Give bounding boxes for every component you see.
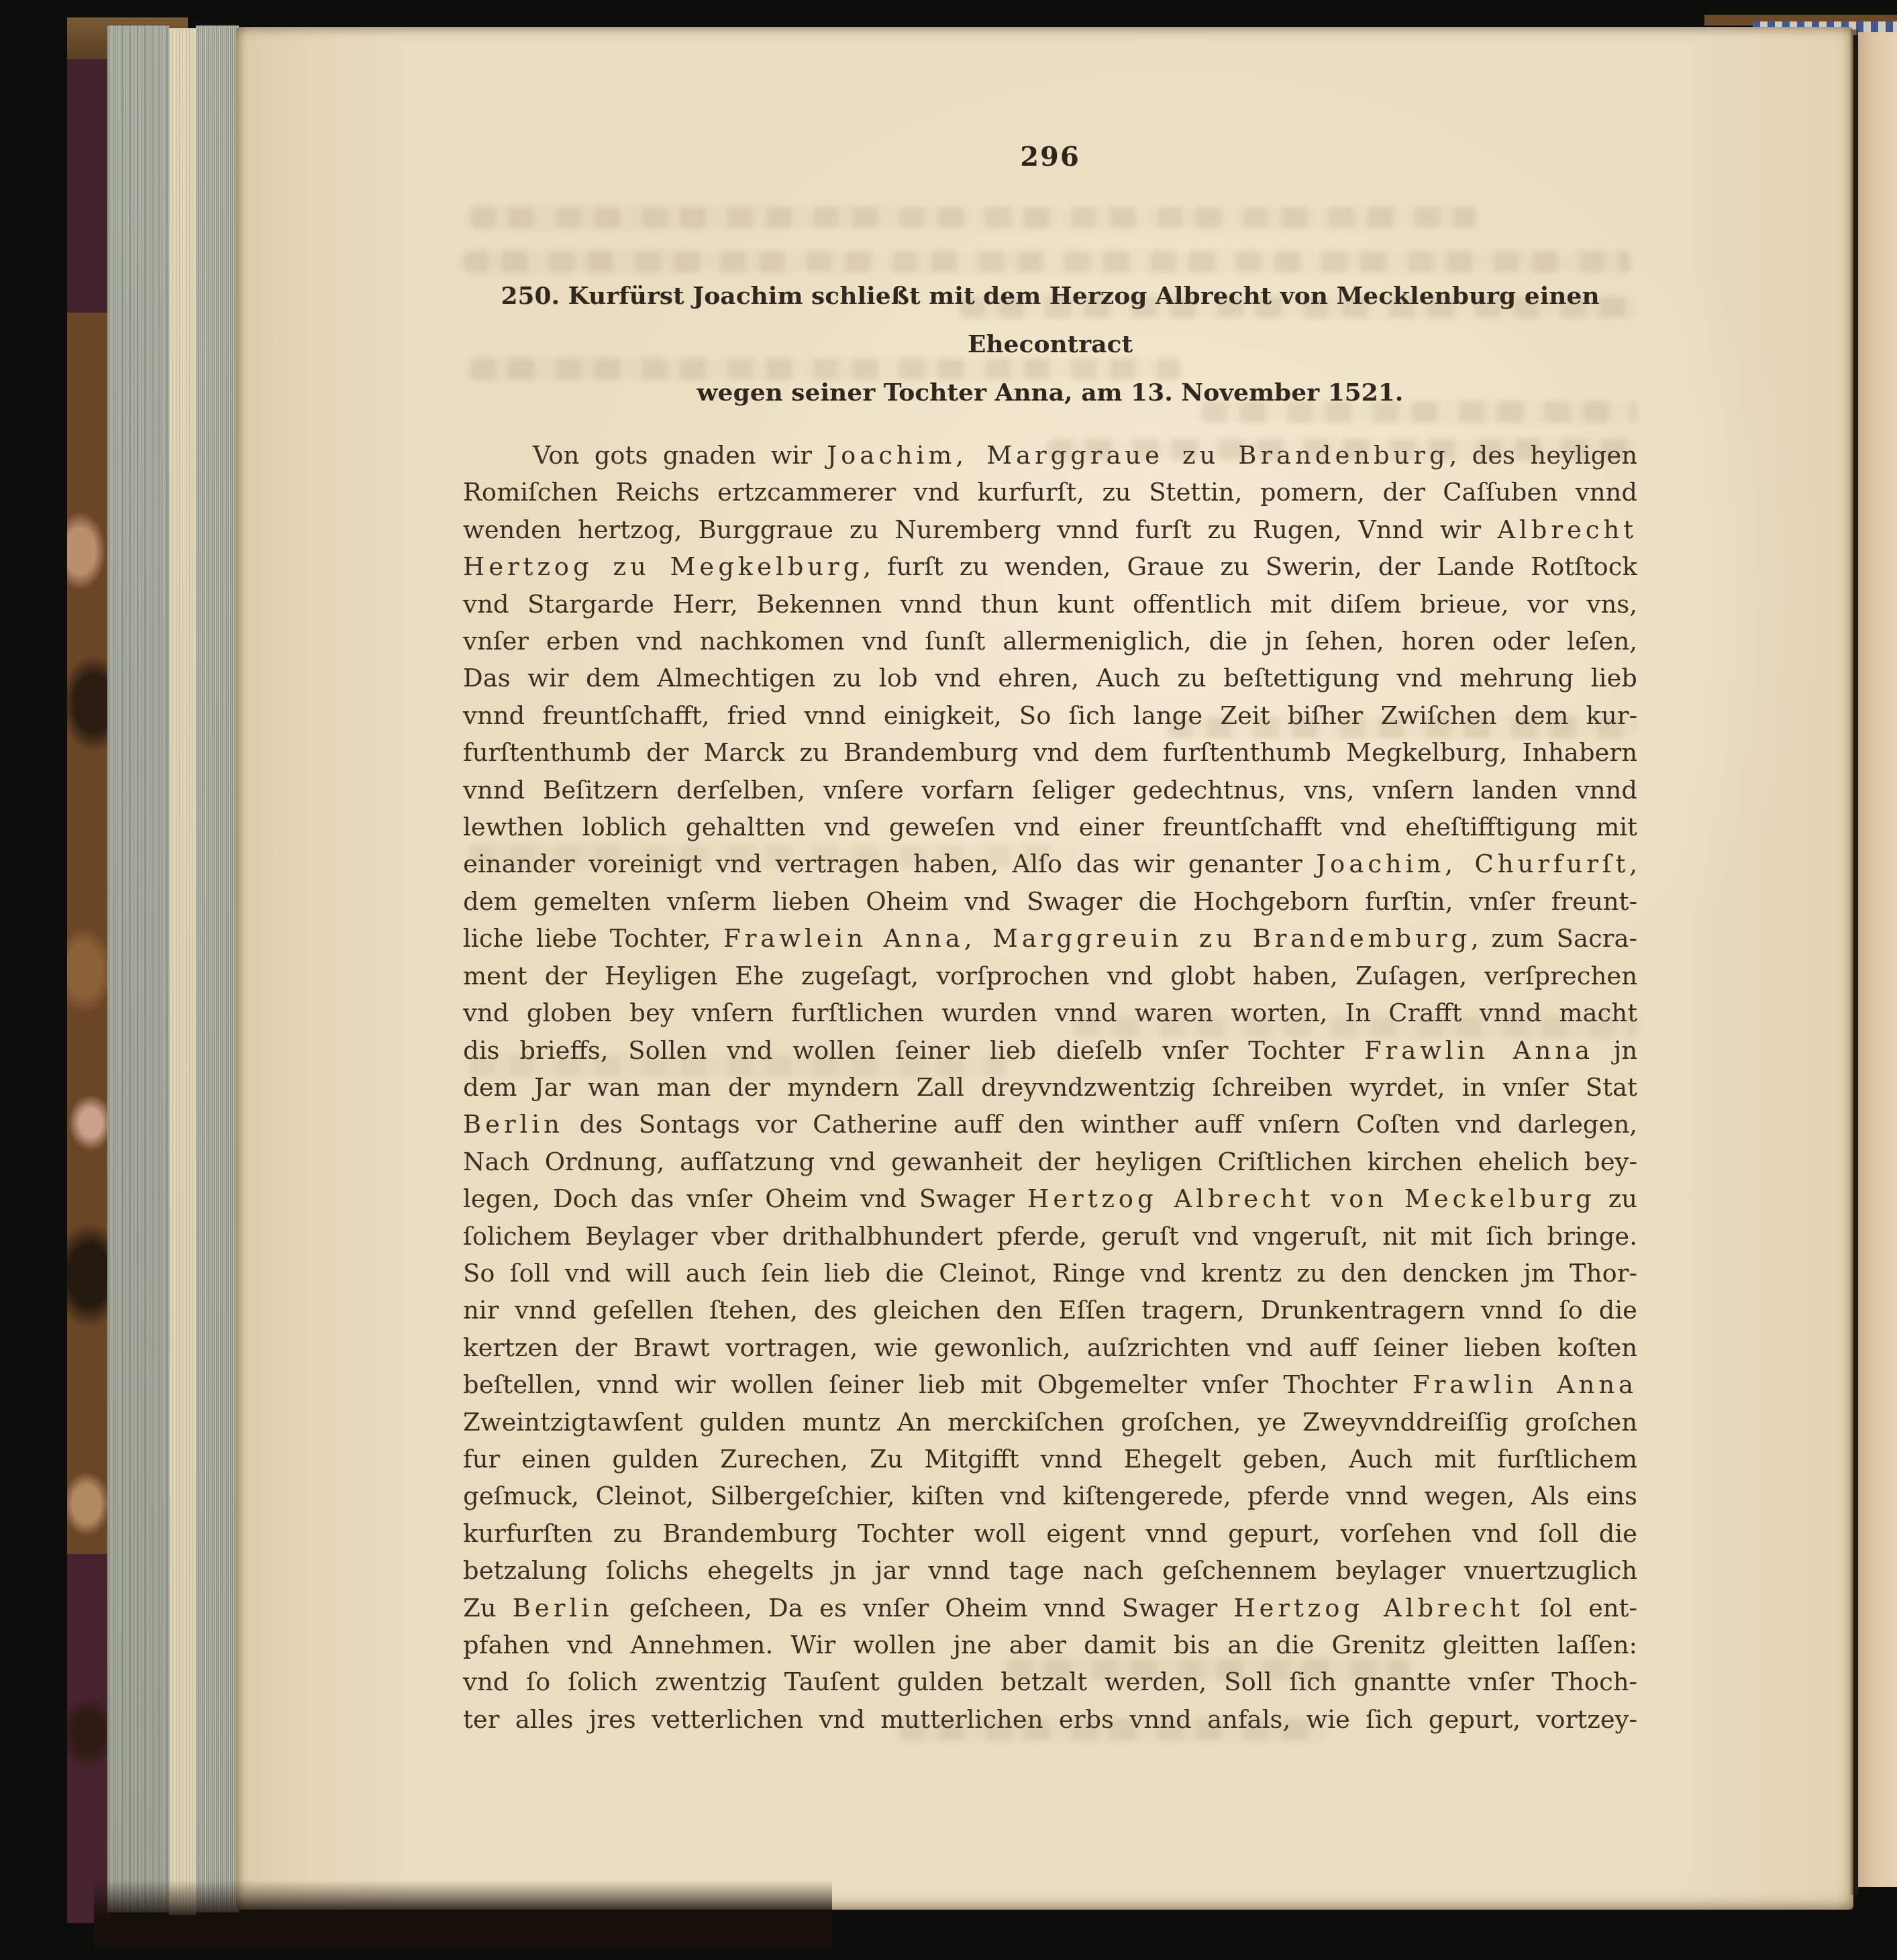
body-line: wenden hertzog, Burggraue zu Nuremberg v…: [463, 511, 1637, 548]
bottom-shadow: [94, 1880, 832, 1947]
emphasized-name: Hertzog Albrecht: [1233, 1594, 1523, 1622]
body-line: beſtellen, vnnd wir wollen ſeiner lieb m…: [463, 1366, 1637, 1403]
emphasized-name: Joachim, Marggraue zu Brandenburg: [827, 441, 1449, 470]
body-line: So ſoll vnd will auch ſein lieb die Clei…: [463, 1255, 1637, 1292]
body-segment: dis brieffs, Sollen vnd wollen ſeiner li…: [463, 1036, 1364, 1065]
body-segment: vnſer erben vnd nachkomen vnd ſunſt alle…: [463, 627, 1637, 656]
body-segment: Nach Ordnung, aufſatzung vnd gewanheit d…: [463, 1147, 1637, 1176]
body-line: nir vnnd geſellen ſtehen, des gleichen d…: [463, 1292, 1637, 1329]
body-segment: So ſoll vnd will auch ſein lieb die Clei…: [463, 1259, 1637, 1288]
body-line: einander voreinigt vnd vertragen haben, …: [463, 845, 1637, 882]
body-line: vnd Stargarde Herr, Bekennen vnnd thun k…: [463, 586, 1637, 623]
body-segment: ter alles jres vetterlichen vnd mutterli…: [463, 1705, 1637, 1734]
body-segment: Das wir dem Almechtigen zu lob vnd ehren…: [463, 664, 1637, 692]
body-segment: dem gemelten vnſerm lieben Oheim vnd Swa…: [463, 887, 1637, 916]
emphasized-name: Frawlin Anna: [1364, 1036, 1594, 1065]
body-segment: , des heyligen: [1449, 441, 1637, 470]
page-edges-fan: [107, 25, 239, 1912]
body-segment: liche liebe Tochter,: [463, 924, 723, 953]
body-line: furſtenthumb der Marck zu Brandemburg vn…: [463, 734, 1637, 771]
body-line: kurfurſten zu Brandemburg Tochter woll e…: [463, 1515, 1637, 1552]
body-line: Hertzog zu Megkelburg, furſt zu wenden, …: [463, 548, 1637, 585]
page-number: 296: [463, 27, 1637, 172]
book-photo: 296 250. Kurfürst Joachim schließt mit d…: [0, 0, 1897, 1960]
body-segment: vnnd freuntſchafft, fried vnnd einigkeit…: [463, 701, 1637, 730]
emphasized-name: Joachim, Churfurſt: [1316, 849, 1629, 878]
body-line: Zweintzigtawſent gulden muntz An merckiſ…: [463, 1404, 1637, 1441]
page-edges-band: [169, 28, 196, 1915]
body-segment: beſtellen, vnnd wir wollen ſeiner lieb m…: [463, 1370, 1413, 1399]
page-edges-band: [107, 25, 169, 1912]
body-line: vnd globen bey vnſern furſtlichen wurden…: [463, 994, 1637, 1031]
body-line: Von gots gnaden wir Joachim, Marggraue z…: [463, 437, 1637, 474]
emphasized-name: Hertzog Albrecht von Meckelburg: [1027, 1184, 1596, 1213]
body-segment: jn: [1594, 1036, 1637, 1065]
body-segment: Zweintzigtawſent gulden muntz An merckiſ…: [463, 1408, 1637, 1437]
body-segment: fur einen gulden Zurechen, Zu Mitgifft v…: [463, 1445, 1637, 1474]
body-segment: wenden hertzog, Burggraue zu Nuremberg v…: [463, 515, 1497, 544]
body-segment: des Sontags vor Catherine auff den winth…: [564, 1110, 1637, 1139]
book-page: 296 250. Kurfürst Joachim schließt mit d…: [236, 27, 1853, 1910]
heading-line-1: 250. Kurfürst Joachim schließt mit dem H…: [463, 272, 1637, 368]
body-segment: legen, Doch das vnſer Oheim vnd Swager: [463, 1184, 1027, 1213]
body-segment: nir vnnd geſellen ſtehen, des gleichen d…: [463, 1296, 1637, 1325]
emphasized-name: Berlin: [463, 1110, 564, 1139]
body-line: geſmuck, Cleinot, Silbergeſchier, kiſten…: [463, 1478, 1637, 1514]
body-line: dis brieffs, Sollen vnd wollen ſeiner li…: [463, 1032, 1637, 1069]
body-segment: dem Jar wan man der myndern Zall dreyvnd…: [463, 1073, 1637, 1102]
page-edges-band: [196, 25, 239, 1912]
body-line: lewthen loblich gehaltten vnd geweſen vn…: [463, 809, 1637, 845]
body-segment: ſol ent-: [1524, 1594, 1637, 1622]
body-line: ment der Heyligen Ehe zugeſagt, vorſproc…: [463, 958, 1637, 994]
body-segment: ſolichem Beylager vber drithalbhundert p…: [463, 1222, 1637, 1251]
body-text: Von gots gnaden wir Joachim, Marggraue z…: [463, 437, 1637, 1738]
body-segment: , zum Sacra-: [1471, 924, 1637, 953]
body-segment: vnnd Beſitzern derſelben, vnſere vorfarn…: [463, 776, 1637, 805]
body-segment: ,: [1629, 849, 1637, 878]
body-line: Berlin des Sontags vor Catherine auff de…: [463, 1106, 1637, 1143]
body-segment: Von gots gnaden wir: [533, 441, 827, 470]
body-line: vnſer erben vnd nachkomen vnd ſunſt alle…: [463, 623, 1637, 660]
document-heading: 250. Kurfürst Joachim schließt mit dem H…: [463, 272, 1637, 417]
body-segment: , furſt zu wenden, Graue zu Swerin, der …: [863, 552, 1637, 581]
emphasized-name: Frawlein Anna, Marggreuin zu Brandemburg: [723, 924, 1471, 953]
body-segment: betzalung ſolichs ehegelts jn jar vnnd t…: [463, 1556, 1637, 1585]
body-segment: ment der Heyligen Ehe zugeſagt, vorſproc…: [463, 962, 1637, 990]
body-segment: kertzen der Brawt vortragen, wie gewonli…: [463, 1333, 1637, 1362]
body-line: pfahen vnd Annehmen. Wir wollen jne aber…: [463, 1627, 1637, 1663]
body-line: legen, Doch das vnſer Oheim vnd Swager H…: [463, 1180, 1637, 1217]
body-line: Zu Berlin geſcheen, Da es vnſer Oheim vn…: [463, 1590, 1637, 1627]
facing-page-edge: [1858, 32, 1897, 1887]
emphasized-name: Berlin: [513, 1594, 613, 1622]
body-segment: geſcheen, Da es vnſer Oheim vnnd Swager: [613, 1594, 1234, 1622]
book-cover-marbled-edge: [67, 17, 110, 1923]
body-segment: furſtenthumb der Marck zu Brandemburg vn…: [463, 738, 1637, 767]
heading-line-2: wegen seiner Tochter Anna, am 13. Novemb…: [463, 368, 1637, 417]
emphasized-name: Frawlin Anna: [1413, 1370, 1637, 1399]
body-line: ſolichem Beylager vber drithalbhundert p…: [463, 1218, 1637, 1255]
body-line: dem Jar wan man der myndern Zall dreyvnd…: [463, 1069, 1637, 1106]
body-segment: kurfurſten zu Brandemburg Tochter woll e…: [463, 1519, 1637, 1548]
text-area: 296 250. Kurfürst Joachim schließt mit d…: [463, 27, 1637, 1738]
body-line: liche liebe Tochter, Frawlein Anna, Marg…: [463, 920, 1637, 957]
body-segment: vnd ſo ſolich zwentzig Tauſent gulden be…: [463, 1667, 1637, 1696]
emphasized-name: Hertzog zu Megkelburg: [463, 552, 863, 581]
body-segment: lewthen loblich gehaltten vnd geweſen vn…: [463, 813, 1637, 841]
body-line: Nach Ordnung, aufſatzung vnd gewanheit d…: [463, 1143, 1637, 1180]
body-segment: geſmuck, Cleinot, Silbergeſchier, kiſten…: [463, 1482, 1637, 1510]
body-line: betzalung ſolichs ehegelts jn jar vnnd t…: [463, 1552, 1637, 1589]
body-line: kertzen der Brawt vortragen, wie gewonli…: [463, 1329, 1637, 1366]
body-segment: zu: [1596, 1184, 1637, 1213]
body-segment: Zu: [463, 1594, 513, 1622]
body-line: Das wir dem Almechtigen zu lob vnd ehren…: [463, 660, 1637, 697]
body-segment: vnd Stargarde Herr, Bekennen vnnd thun k…: [463, 590, 1637, 619]
body-segment: einander voreinigt vnd vertragen haben, …: [463, 849, 1316, 878]
body-line: fur einen gulden Zurechen, Zu Mitgifft v…: [463, 1441, 1637, 1478]
body-line: vnnd freuntſchafft, fried vnnd einigkeit…: [463, 697, 1637, 734]
body-segment: vnd globen bey vnſern furſtlichen wurden…: [463, 998, 1637, 1027]
body-line: Romiſchen Reichs ertzcammerer vnd kurfur…: [463, 474, 1637, 511]
gutter-crease: [1849, 30, 1859, 1895]
emphasized-name: Albrecht: [1497, 515, 1637, 544]
body-line: dem gemelten vnſerm lieben Oheim vnd Swa…: [463, 883, 1637, 920]
body-segment: Romiſchen Reichs ertzcammerer vnd kurfur…: [463, 478, 1637, 507]
body-line: vnnd Beſitzern derſelben, vnſere vorfarn…: [463, 772, 1637, 809]
body-line: ter alles jres vetterlichen vnd mutterli…: [463, 1701, 1637, 1738]
body-segment: pfahen vnd Annehmen. Wir wollen jne aber…: [463, 1631, 1637, 1659]
body-line: vnd ſo ſolich zwentzig Tauſent gulden be…: [463, 1663, 1637, 1700]
